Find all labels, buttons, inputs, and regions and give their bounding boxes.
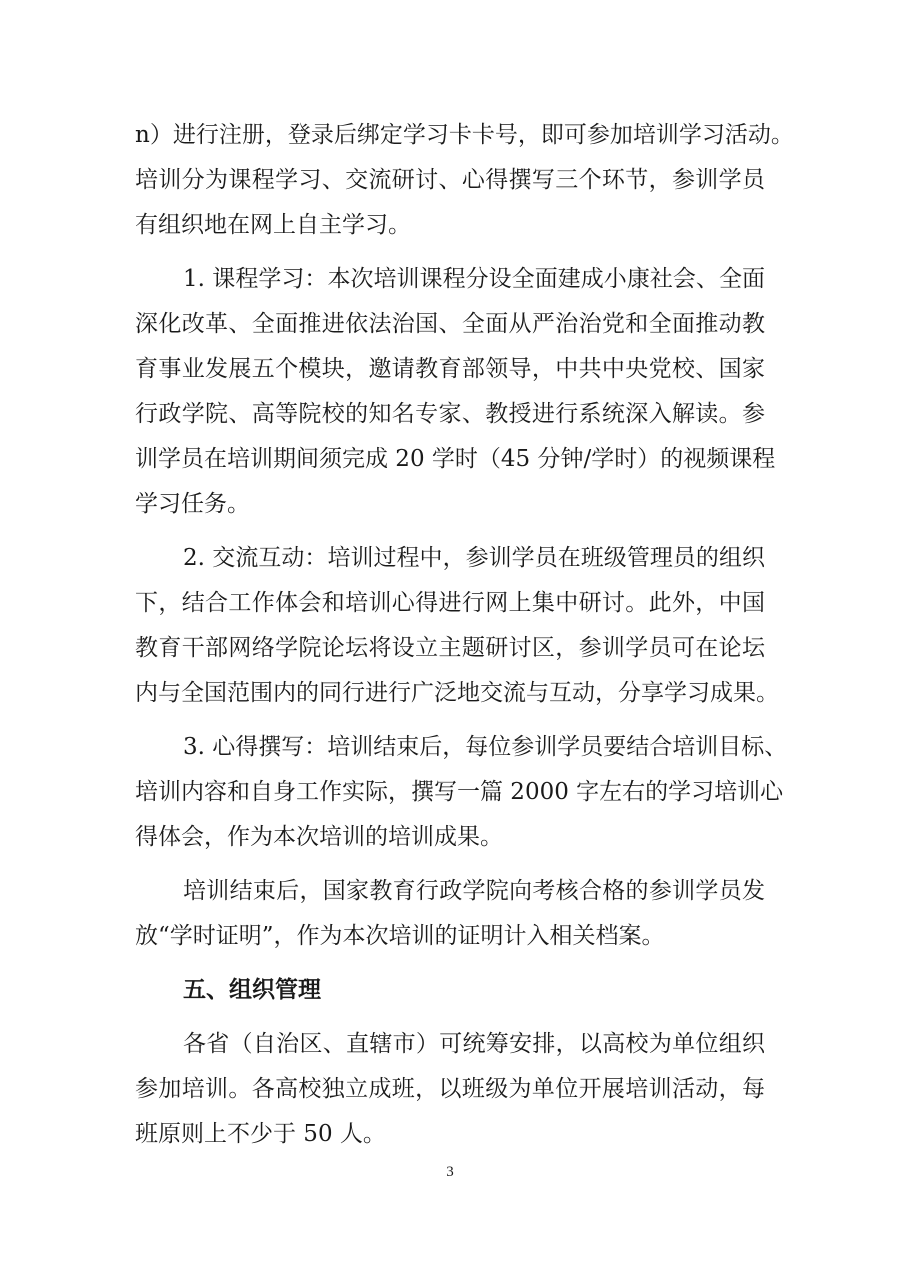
- text-line: 班原则上不少于 50 人。: [135, 1112, 765, 1157]
- text-line: 内与全国范围内的同行进行广泛地交流与互动，分享学习成果。: [135, 671, 765, 716]
- text-line: 培训分为课程学习、交流研讨、心得撰写三个环节，参训学员: [135, 158, 765, 203]
- text-line: 训学员在培训期间须完成 20 学时（45 分钟/学时）的视频课程: [135, 437, 765, 482]
- text-line: 培训内容和自身工作实际，撰写一篇 2000 字左右的学习培训心: [135, 770, 765, 815]
- text-line: 有组织地在网上自主学习。: [135, 203, 765, 248]
- document-page: n）进行注册，登录后绑定学习卡卡号，即可参加培训学习活动。 培训分为课程学习、交…: [0, 0, 900, 1273]
- text-line: 3. 心得撰写：培训结束后，每位参训学员要结合培训目标、: [135, 725, 765, 770]
- paragraph-reflection-writing: 3. 心得撰写：培训结束后，每位参训学员要结合培训目标、 培训内容和自身工作实际…: [135, 725, 765, 860]
- text-line: 行政学院、高等院校的知名专家、教授进行系统深入解读。参: [135, 392, 765, 437]
- paragraph-course-study: 1. 课程学习：本次培训课程分设全面建成小康社会、全面 深化改革、全面推进依法治…: [135, 257, 765, 527]
- text-line: 下，结合工作体会和培训心得进行网上集中研讨。此外，中国: [135, 581, 765, 626]
- paragraph-interaction: 2. 交流互动：培训过程中，参训学员在班级管理员的组织 下，结合工作体会和培训心…: [135, 536, 765, 716]
- text-line: 深化改革、全面推进依法治国、全面从严治治党和全面推动教: [135, 302, 765, 347]
- text-line: 得体会，作为本次培训的培训成果。: [135, 815, 765, 860]
- text-line: 教育干部网络学院论坛将设立主题研讨区，参训学员可在论坛: [135, 626, 765, 671]
- page-number: 3: [0, 1164, 900, 1181]
- section-heading: 五、组织管理: [135, 968, 765, 1013]
- text-line: 放“学时证明”，作为本次培训的证明计入相关档案。: [135, 914, 765, 959]
- paragraph-registration: n）进行注册，登录后绑定学习卡卡号，即可参加培训学习活动。 培训分为课程学习、交…: [135, 113, 765, 248]
- paragraph-organization: 各省（自治区、直辖市）可统筹安排，以高校为单位组织 参加培训。各高校独立成班，以…: [135, 1022, 765, 1157]
- text-line: n）进行注册，登录后绑定学习卡卡号，即可参加培训学习活动。: [135, 113, 765, 158]
- text-line: 2. 交流互动：培训过程中，参训学员在班级管理员的组织: [135, 536, 765, 581]
- text-line: 培训结束后，国家教育行政学院向考核合格的参训学员发: [135, 869, 765, 914]
- page-body: n）进行注册，登录后绑定学习卡卡号，即可参加培训学习活动。 培训分为课程学习、交…: [135, 113, 765, 1166]
- text-line: 学习任务。: [135, 482, 765, 527]
- paragraph-certificate: 培训结束后，国家教育行政学院向考核合格的参训学员发 放“学时证明”，作为本次培训…: [135, 869, 765, 959]
- text-line: 参加培训。各高校独立成班，以班级为单位开展培训活动，每: [135, 1067, 765, 1112]
- text-line: 各省（自治区、直辖市）可统筹安排，以高校为单位组织: [135, 1022, 765, 1067]
- text-line: 育事业发展五个模块，邀请教育部领导，中共中央党校、国家: [135, 347, 765, 392]
- text-line: 1. 课程学习：本次培训课程分设全面建成小康社会、全面: [135, 257, 765, 302]
